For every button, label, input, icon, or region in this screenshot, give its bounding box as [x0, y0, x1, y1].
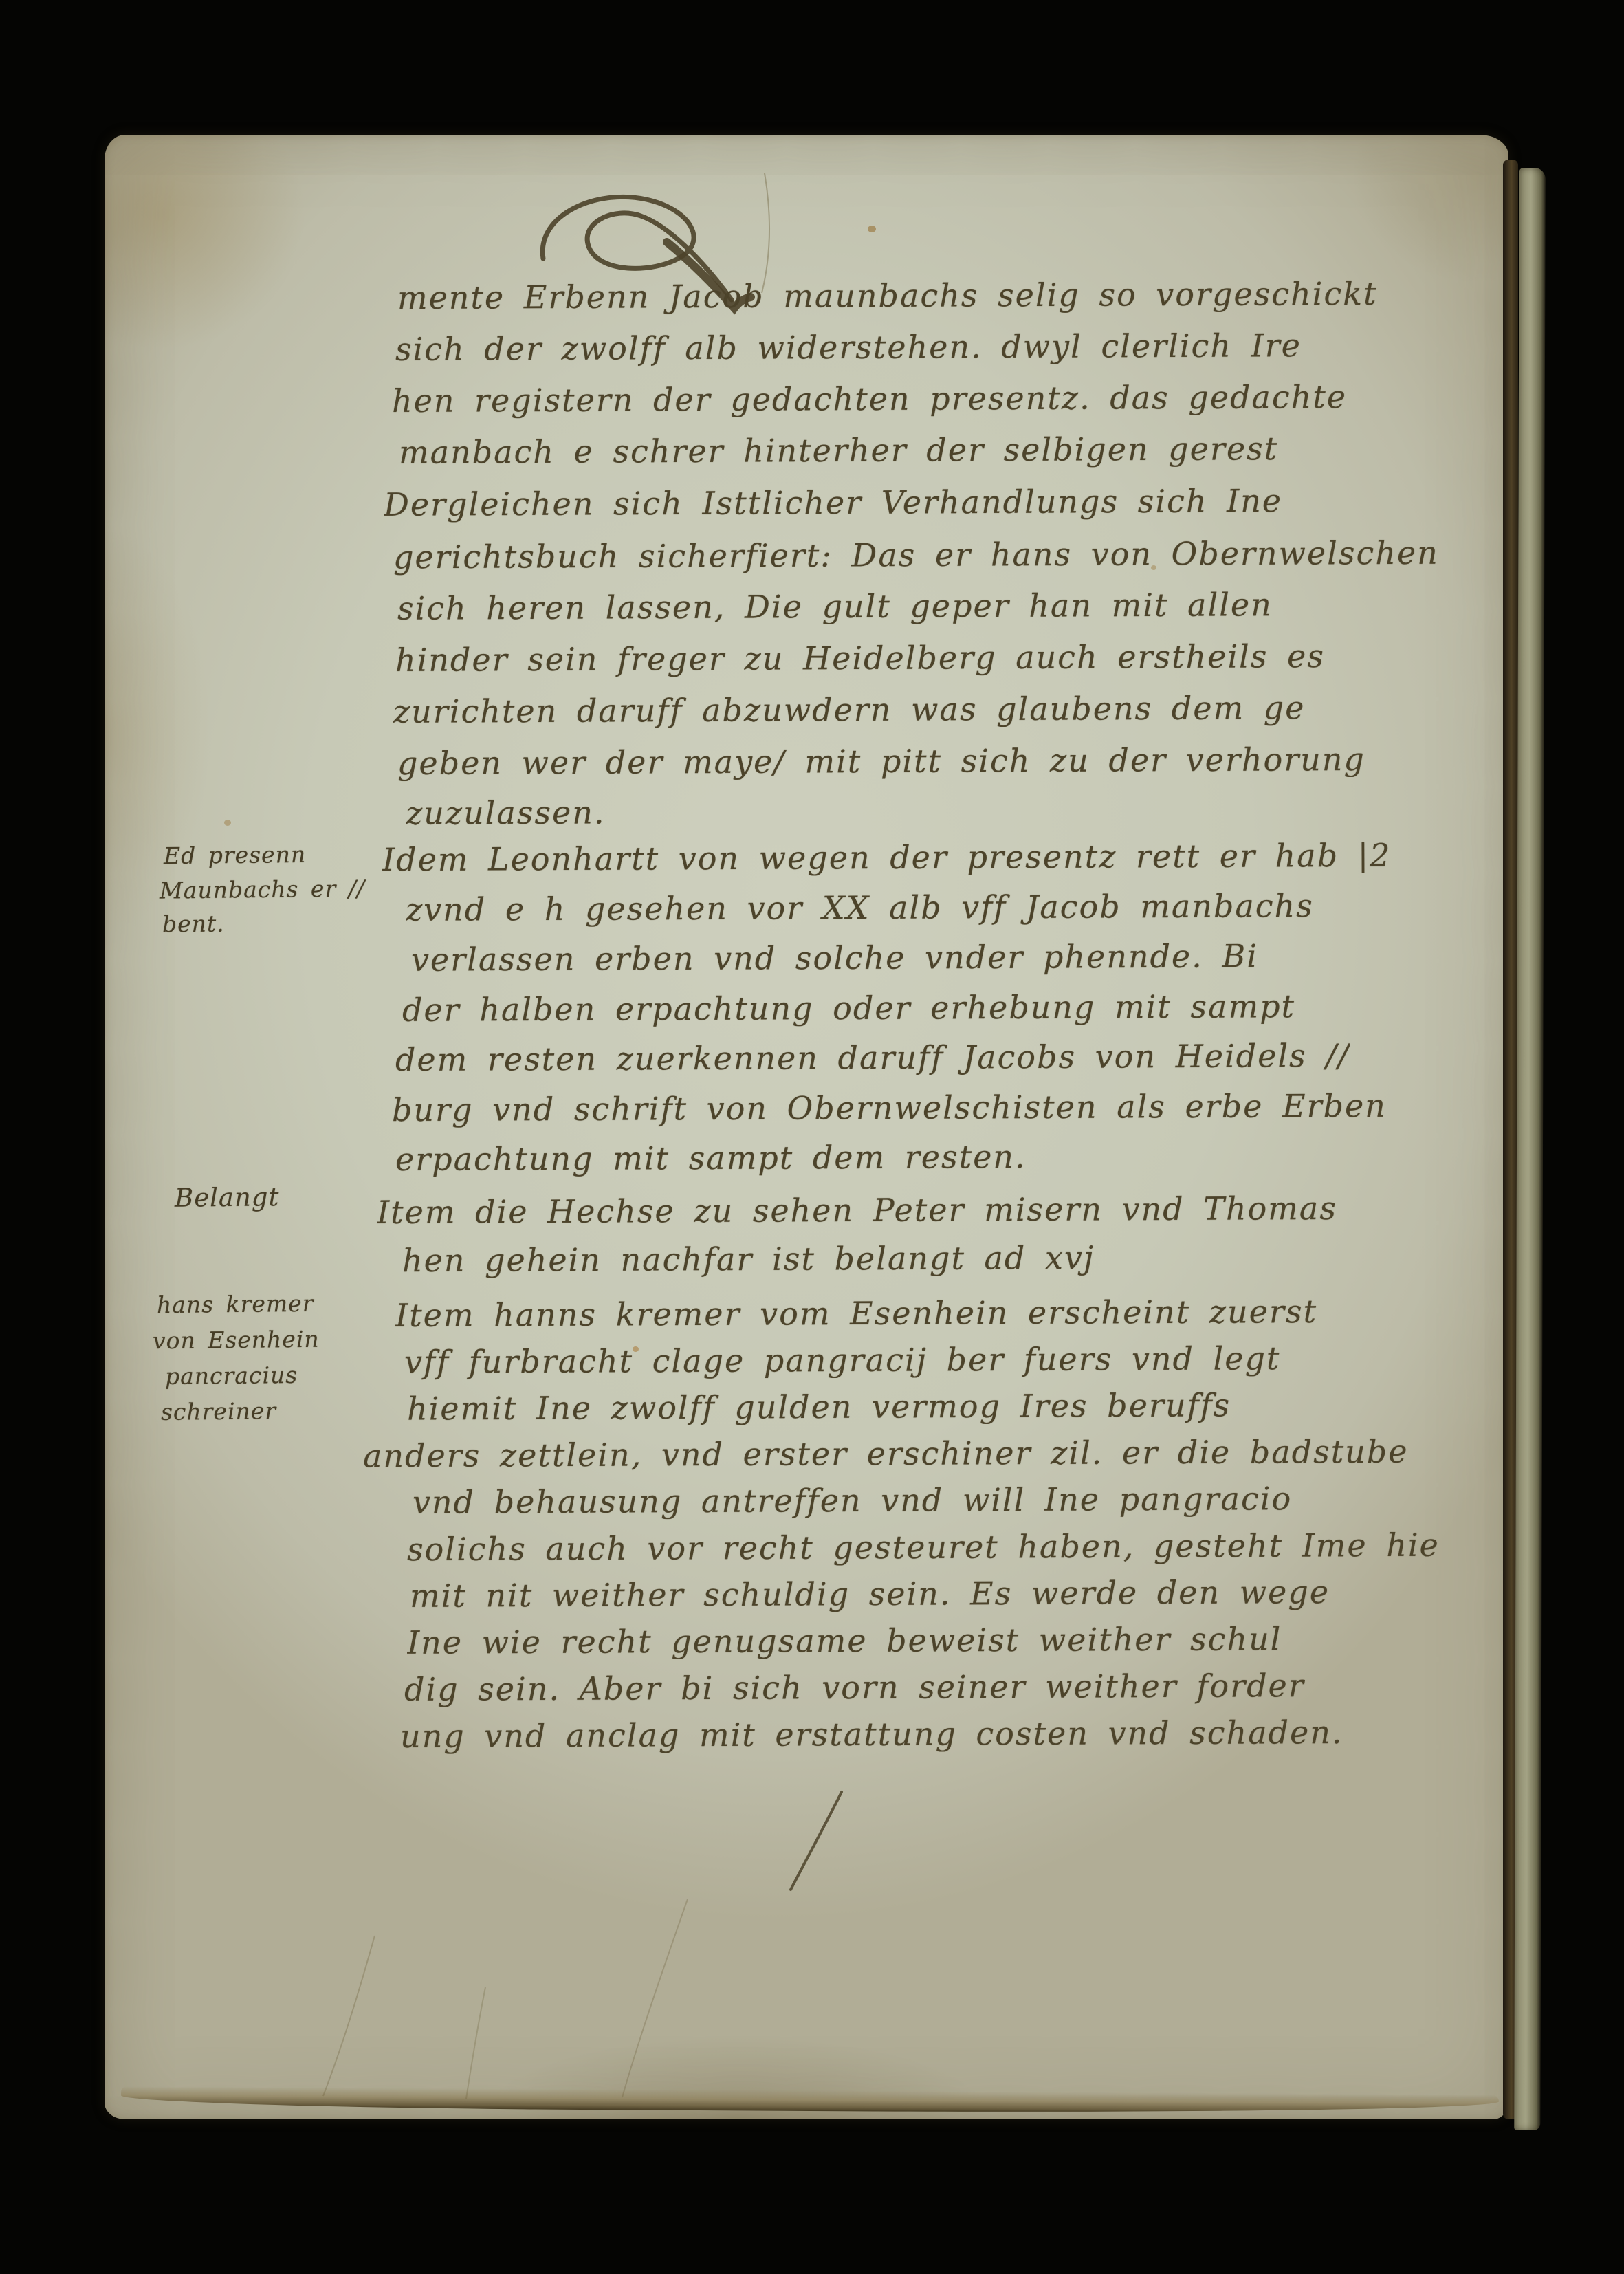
text-line: hen gehein nachfar ist belangt ad xvj: [402, 1240, 1095, 1278]
archival-scan: mente Erbenn Jacob maunbachs selig so vo…: [0, 0, 1624, 2274]
margin-note-line: von Esenhein: [153, 1327, 320, 1354]
text-line: zuzulassen.: [406, 795, 606, 831]
margin-note-line: Maunbachs er //: [160, 876, 365, 903]
text-line: Item die Hechse zu sehen Peter misern vn…: [377, 1191, 1337, 1230]
text-line: Idem Leonhartt von wegen der presentz re…: [382, 838, 1392, 877]
text-block: mente Erbenn Jacob maunbachs selig so vo…: [0, 0, 1624, 2274]
margin-note-line: Ed presenn: [164, 842, 306, 868]
text-line: sich heren lassen, Die gult geper han mi…: [397, 587, 1273, 626]
text-line: hen registern der gedachten presentz. da…: [392, 380, 1347, 419]
text-line: solichs auch vor recht gesteuret haben, …: [407, 1528, 1440, 1567]
text-line: mit nit weither schuldig sein. Es werde …: [410, 1575, 1330, 1613]
text-line: gerichtsbuch sicherfiert: Das er hans vo…: [393, 536, 1439, 575]
text-line: sich der zwolff alb widerstehen. dwyl cl…: [395, 328, 1302, 367]
text-line: vnd behausung antreffen vnd will Ine pan…: [413, 1481, 1292, 1520]
text-line: mente Erbenn Jacob maunbachs selig so vo…: [397, 276, 1378, 316]
next-page-edge: [1514, 168, 1545, 2130]
margin-note-line: pancracius: [165, 1363, 298, 1389]
text-line: Dergleichen sich Isttlicher Verhandlungs…: [384, 483, 1282, 522]
text-line: dem resten zuerkennen daruff Jacobs von …: [395, 1038, 1350, 1078]
text-line: hinder sein freger zu Heidelberg auch er…: [395, 639, 1325, 677]
text-line: anders zettlein, vnd erster erschiner zi…: [363, 1434, 1409, 1474]
text-line: ung vnd anclag mit erstattung costen vnd…: [400, 1715, 1343, 1754]
text-line: Ine wie recht genugsame beweist weither …: [407, 1621, 1282, 1660]
text-line: der halben erpachtung oder erhebung mit …: [402, 989, 1295, 1027]
margin-note-line: hans kremer: [157, 1291, 314, 1318]
margin-note-line: Belangt: [175, 1183, 280, 1212]
text-line: hiemit Ine zwolff gulden vermog Ires ber…: [407, 1388, 1231, 1426]
text-line: verlassen erben vnd solche vnder phennde…: [411, 939, 1258, 977]
text-line: geben wer der maye/ mit pitt sich zu der…: [397, 742, 1365, 781]
margin-note-line: schreiner: [161, 1399, 276, 1425]
text-line: zurichten daruff abzuwdern was glaubens …: [393, 690, 1306, 729]
text-line: zvnd e h gesehen vor XX alb vff Jacob ma…: [406, 888, 1314, 927]
text-line: Item hanns kremer vom Esenhein erscheint…: [395, 1294, 1317, 1333]
text-line: vff furbracht clage pangracij ber fuers …: [404, 1341, 1281, 1379]
slash-mark: [776, 1786, 851, 1896]
text-line: burg vnd schrift von Obernwelschisten al…: [392, 1089, 1387, 1128]
text-line: erpachtung mit sampt dem resten.: [395, 1139, 1027, 1177]
text-line: dig sein. Aber bi sich vorn seiner weith…: [404, 1668, 1305, 1707]
text-line: manbach e schrer hinterher der selbigen …: [399, 431, 1278, 470]
margin-note-line: bent.: [162, 912, 225, 937]
